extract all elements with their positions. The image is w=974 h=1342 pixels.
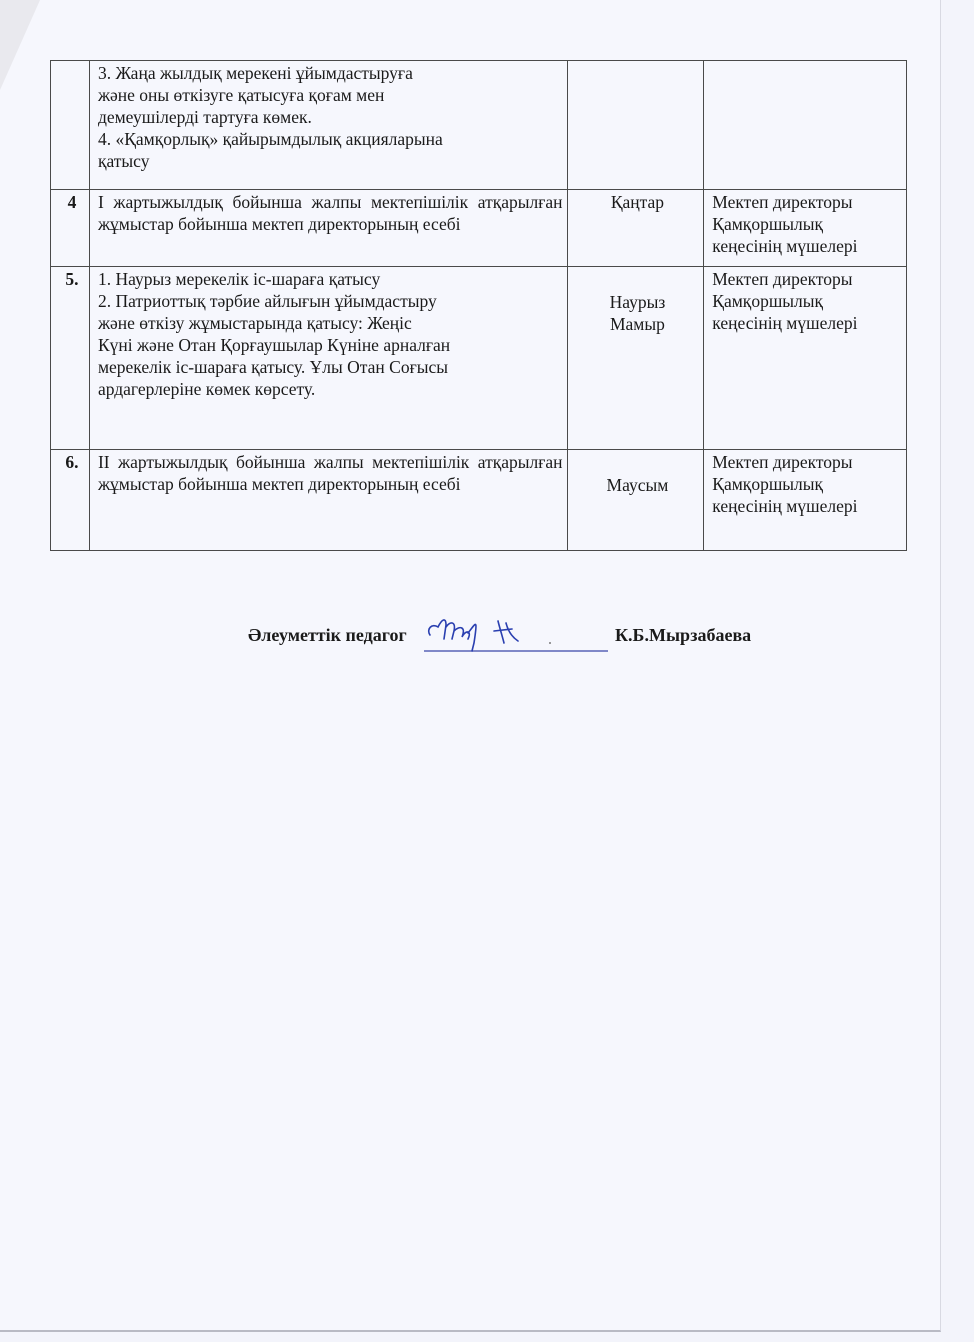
responsible-cell: Мектеп директоры Қамқоршылық кеңесінің м…	[704, 190, 907, 267]
activity-line: 2. Патриоттық тәрбие айлығын ұйымдастыру	[98, 290, 563, 312]
activity-line: ардагерлеріне көмек көрсету.	[98, 378, 563, 400]
table-row: 6. ІІ жартыжылдық бойынша жалпы мектепіш…	[51, 450, 907, 551]
bleed-through-text	[100, 505, 560, 1165]
activity-line: 1. Наурыз мерекелік іс-шараға қатысу	[98, 268, 563, 290]
responsible-line: Қамқоршылық	[712, 473, 902, 495]
responsible-line: кеңесінің мүшелері	[712, 495, 902, 517]
responsible-cell: Мектеп директоры Қамқоршылық кеңесінің м…	[704, 450, 907, 551]
row-number	[51, 61, 90, 190]
signer-role: Әлеуметтік педагог	[248, 625, 407, 646]
responsible-line: кеңесінің мүшелері	[712, 235, 902, 257]
date-cell: Наурыз Мамыр	[567, 267, 704, 450]
row-number: 5.	[51, 267, 90, 450]
activity-line: 4. «Қамқорлық» қайырымдылық акцияларына	[98, 128, 563, 150]
handwritten-signature-icon	[416, 613, 611, 653]
date-cell	[567, 61, 704, 190]
table-row: 3. Жаңа жылдық мерекені ұйымдастыруға жә…	[51, 61, 907, 190]
row-number: 4	[51, 190, 90, 267]
responsible-line: Мектеп директоры	[712, 191, 902, 213]
date-line: Наурыз	[576, 291, 700, 313]
table-row: 4 І жартыжылдық бойынша жалпы мектепішіл…	[51, 190, 907, 267]
activity-plan-table: 3. Жаңа жылдық мерекені ұйымдастыруға жә…	[50, 60, 907, 551]
responsible-cell: Мектеп директоры Қамқоршылық кеңесінің м…	[704, 267, 907, 450]
activity-cell: 1. Наурыз мерекелік іс-шараға қатысу 2. …	[89, 267, 567, 450]
activity-cell: ІІ жартыжылдық бойынша жалпы мектепішілі…	[89, 450, 567, 551]
responsible-line: Қамқоршылық	[712, 213, 902, 235]
activity-line: 3. Жаңа жылдық мерекені ұйымдастыруға	[98, 62, 563, 84]
responsible-line: Мектеп директоры	[712, 451, 902, 473]
date-cell: Қаңтар	[567, 190, 704, 267]
activity-line: демеушілерді тартуға көмек.	[98, 106, 563, 128]
activity-line: мерекелік іс-шараға қатысу. Ұлы Отан Соғ…	[98, 356, 563, 378]
activity-cell: 3. Жаңа жылдық мерекені ұйымдастыруға жә…	[89, 61, 567, 190]
responsible-line: Мектеп директоры	[712, 268, 902, 290]
scanned-page: 3. Жаңа жылдық мерекені ұйымдастыруға жә…	[0, 0, 941, 1332]
signer-name: К.Б.Мырзабаева	[615, 625, 751, 646]
row-number: 6.	[51, 450, 90, 551]
table-row: 5. 1. Наурыз мерекелік іс-шараға қатысу …	[51, 267, 907, 450]
date-line: Мамыр	[576, 313, 700, 335]
activity-line: және оны өткізуге қатысуға қоғам мен	[98, 84, 563, 106]
page-corner-fold	[0, 0, 40, 90]
responsible-cell	[704, 61, 907, 190]
activity-cell: І жартыжылдық бойынша жалпы мектепішілік…	[89, 190, 567, 267]
activity-line: қатысу	[98, 150, 563, 172]
responsible-line: Қамқоршылық	[712, 290, 902, 312]
activity-line: Күні және Отан Қорғаушылар Күніне арналғ…	[98, 334, 563, 356]
activity-line: және өткізу жұмыстарында қатысу: Жеңіс	[98, 312, 563, 334]
responsible-line: кеңесінің мүшелері	[712, 312, 902, 334]
date-cell: Маусым	[567, 450, 704, 551]
